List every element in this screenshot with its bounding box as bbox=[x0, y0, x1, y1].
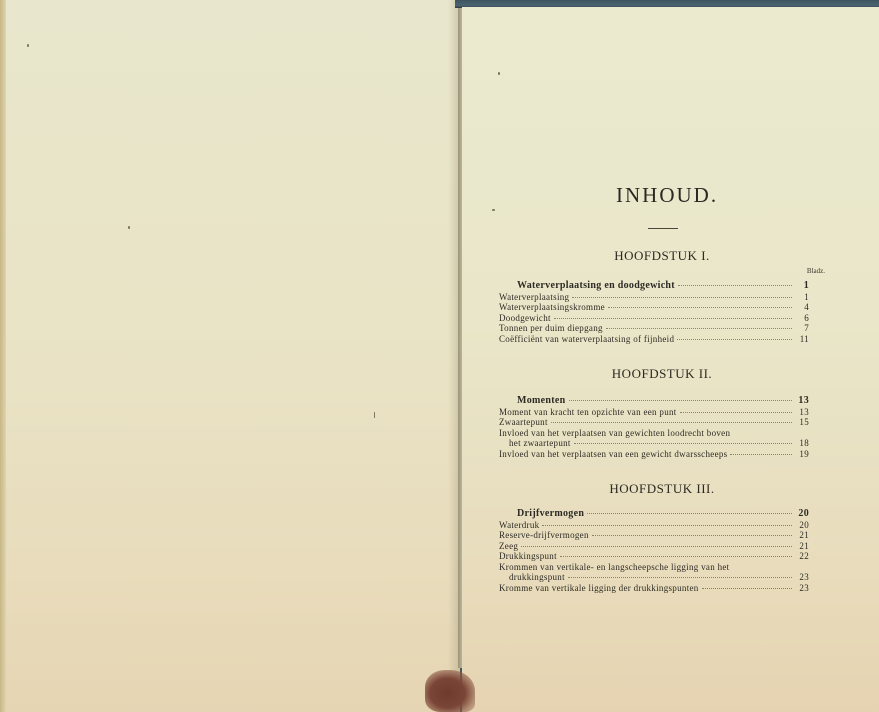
leader-dots bbox=[680, 412, 792, 413]
entry-page: 4 bbox=[795, 302, 809, 313]
toc-entry[interactable]: Tonnen per duim diepgang 7 bbox=[499, 323, 809, 334]
chapter-heading-1: HOOFDSTUK I. bbox=[499, 248, 825, 264]
toc-entry[interactable]: Kromme van vertikale ligging der drukkin… bbox=[499, 583, 809, 594]
leader-dots bbox=[678, 285, 792, 286]
toc-entry[interactable]: Waterverplaatsing 1 bbox=[499, 292, 809, 303]
entry-label: Tonnen per duim diepgang bbox=[499, 323, 603, 334]
paper-speck bbox=[498, 72, 500, 75]
entry-page: 23 bbox=[795, 572, 809, 583]
leader-dots bbox=[592, 535, 792, 536]
leader-dots bbox=[569, 400, 793, 401]
toc-entry[interactable]: Krommen van vertikale- en langscheepsche… bbox=[499, 562, 809, 573]
entry-page: 6 bbox=[795, 313, 809, 324]
entry-page: 11 bbox=[795, 334, 809, 345]
chapter-heading-3: HOOFDSTUK III. bbox=[499, 481, 825, 497]
entry-page: 13 bbox=[795, 407, 809, 418]
toc-entry[interactable]: Zwaartepunt 15 bbox=[499, 417, 809, 428]
chapter-3-entries: Drijfvermogen 20 Waterdruk 20 Reserve-dr… bbox=[499, 509, 809, 593]
chapter-1-entries: Waterverplaatsing en doodgewicht 1 Water… bbox=[499, 281, 809, 344]
entry-page: 18 bbox=[795, 438, 809, 449]
entry-label: Reserve-drijfvermogen bbox=[499, 530, 589, 541]
toc-entry[interactable]: Invloed van het verplaatsen van gewichte… bbox=[499, 428, 809, 439]
entry-page: 19 bbox=[795, 449, 809, 460]
toc-entry[interactable]: Waterdruk 20 bbox=[499, 520, 809, 531]
entry-page: 21 bbox=[795, 530, 809, 541]
chapter-2-entries: Momenten 13 Moment van kracht ten opzich… bbox=[499, 396, 809, 459]
entry-label: Krommen van vertikale- en langscheepsche… bbox=[499, 562, 729, 573]
leader-dots bbox=[542, 525, 792, 526]
entry-label: Waterverplaatsing bbox=[499, 292, 569, 303]
entry-label: Invloed van het verplaatsen van een gewi… bbox=[499, 449, 727, 460]
leader-dots bbox=[521, 546, 792, 547]
leader-dots bbox=[551, 422, 792, 423]
entry-page: 1 bbox=[795, 281, 809, 292]
entry-label: Drijfvermogen bbox=[517, 509, 584, 520]
paper-speck bbox=[374, 412, 375, 418]
entry-page: 21 bbox=[795, 541, 809, 552]
book-spread: INHOUD. HOOFDSTUK I. Bladz. Waterverplaa… bbox=[0, 0, 879, 712]
toc-entry[interactable]: Waterverplaatsingskromme 4 bbox=[499, 302, 809, 313]
toc-entry[interactable]: Waterverplaatsing en doodgewicht 1 bbox=[499, 281, 809, 292]
entry-label: Invloed van het verplaatsen van gewichte… bbox=[499, 428, 730, 439]
leader-dots bbox=[606, 328, 792, 329]
entry-page: 23 bbox=[795, 583, 809, 594]
leader-dots bbox=[587, 513, 792, 514]
entry-label: Moment van kracht ten opzichte van een p… bbox=[499, 407, 677, 418]
entry-page: 1 bbox=[795, 292, 809, 303]
toc-entry[interactable]: Coëfficiënt van waterverplaatsing of fij… bbox=[499, 334, 809, 345]
entry-page: 7 bbox=[795, 323, 809, 334]
toc-title: INHOUD. bbox=[616, 183, 718, 208]
toc-entry[interactable]: Drukkingspunt 22 bbox=[499, 551, 809, 562]
toc-entry[interactable]: Zeeg 21 bbox=[499, 541, 809, 552]
entry-label-continuation: het zwaartepunt bbox=[509, 438, 571, 449]
toc-entry[interactable]: Invloed van het verplaatsen van een gewi… bbox=[499, 449, 809, 460]
leader-dots bbox=[677, 339, 792, 340]
entry-label: Kromme van vertikale ligging der drukkin… bbox=[499, 583, 699, 594]
leader-dots bbox=[560, 556, 792, 557]
toc-entry[interactable]: Doodgewicht 6 bbox=[499, 313, 809, 324]
entry-label: Waterverplaatsing en doodgewicht bbox=[517, 281, 675, 292]
entry-label: Zwaartepunt bbox=[499, 417, 548, 428]
entry-label: Waterdruk bbox=[499, 520, 539, 531]
entry-label: Coëfficiënt van waterverplaatsing of fij… bbox=[499, 334, 674, 345]
entry-label: Doodgewicht bbox=[499, 313, 551, 324]
entry-label: Waterverplaatsingskromme bbox=[499, 302, 605, 313]
left-page-blank bbox=[0, 0, 460, 712]
leader-dots bbox=[702, 588, 792, 589]
toc-entry-continuation[interactable]: het zwaartepunt 18 bbox=[499, 438, 809, 449]
leader-dots bbox=[568, 577, 792, 578]
leader-dots bbox=[608, 307, 792, 308]
entry-label: Drukkingspunt bbox=[499, 551, 557, 562]
chapter-heading-2: HOOFDSTUK II. bbox=[499, 366, 825, 382]
entry-page: 22 bbox=[795, 551, 809, 562]
entry-label-continuation: drukkingspunt bbox=[509, 572, 565, 583]
entry-page: 13 bbox=[795, 396, 809, 407]
entry-page: 15 bbox=[795, 417, 809, 428]
right-page bbox=[462, 7, 879, 712]
toc-entry[interactable]: Momenten 13 bbox=[499, 396, 809, 407]
entry-page: 20 bbox=[795, 509, 809, 520]
entry-label: Zeeg bbox=[499, 541, 518, 552]
paper-speck bbox=[492, 209, 495, 211]
paper-speck bbox=[128, 226, 130, 229]
leader-dots bbox=[730, 454, 792, 455]
page-stain bbox=[425, 670, 475, 712]
paper-speck bbox=[27, 44, 29, 47]
toc-entry-continuation[interactable]: drukkingspunt 23 bbox=[499, 572, 809, 583]
toc-entry[interactable]: Moment van kracht ten opzichte van een p… bbox=[499, 407, 809, 418]
title-rule bbox=[648, 228, 678, 229]
page-column-label: Bladz. bbox=[807, 267, 825, 275]
toc-entry[interactable]: Reserve-drijfvermogen 21 bbox=[499, 530, 809, 541]
leader-dots bbox=[554, 318, 792, 319]
leader-dots bbox=[574, 443, 792, 444]
entry-page: 20 bbox=[795, 520, 809, 531]
entry-label: Momenten bbox=[517, 396, 566, 407]
toc-entry[interactable]: Drijfvermogen 20 bbox=[499, 509, 809, 520]
leader-dots bbox=[572, 297, 792, 298]
